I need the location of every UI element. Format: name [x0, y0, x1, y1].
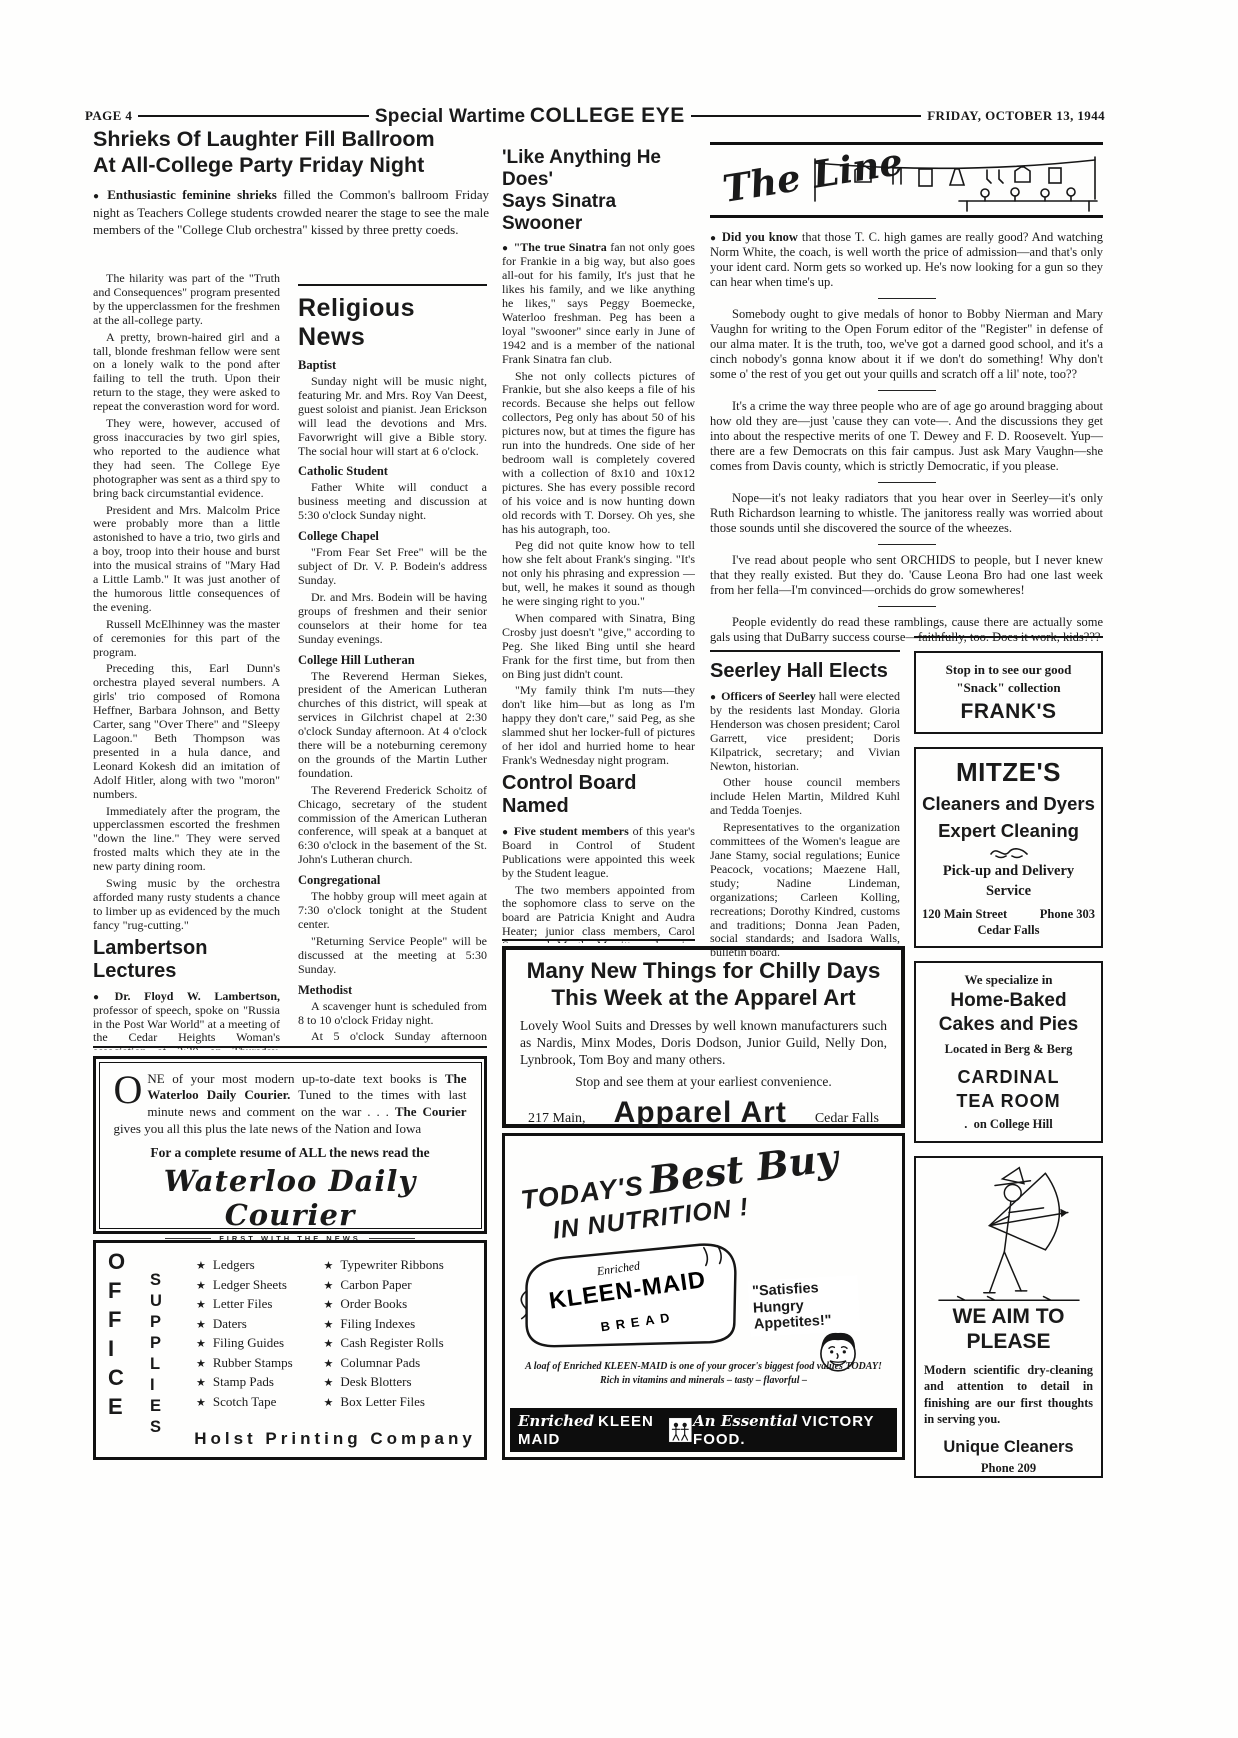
bullet-icon: ● [502, 827, 509, 838]
list-item: ★Ledger Sheets [196, 1277, 320, 1293]
ad-franks: Stop in to see our good "Snack" collecti… [914, 651, 1103, 734]
paragraph: "Returning Service People" will be discu… [298, 935, 487, 977]
list-item: ★Order Books [324, 1296, 478, 1312]
ad-text: Stop and see them at your earliest conve… [520, 1074, 887, 1090]
list-item: ★Daters [196, 1316, 320, 1332]
item-divider [878, 482, 936, 483]
bullet-icon: ● [710, 692, 716, 703]
advertiser-name: Waterloo Daily Courier [114, 1164, 467, 1232]
star-icon: ★ [324, 1279, 334, 1292]
newspaper-page: PAGE 4 Special Wartime COLLEGE EYE FRIDA… [0, 0, 1238, 1738]
paragraph: "From Fear Set Free" will be the subject… [298, 546, 487, 588]
line-item: ●Did you know that those T. C. high game… [710, 230, 1103, 290]
star-icon: ★ [196, 1376, 206, 1389]
control-board-lead: ●Five student members of this year's Boa… [502, 825, 695, 881]
ad-text: ONE of your most modern up-to-date text … [114, 1071, 467, 1139]
article-ballroom-body: The hilarity was part of the "Truth and … [93, 272, 280, 1050]
paragraph: The hilarity was part of the "Truth and … [93, 272, 280, 328]
flourish-icon [988, 846, 1030, 860]
line-item: I've read about people who sent ORCHIDS … [710, 553, 1103, 598]
advertiser-name: CARDINAL TEA ROOM [922, 1065, 1095, 1114]
seerley-headline: Seerley Hall Elects [710, 660, 900, 683]
ad-text: . on College Hill [922, 1116, 1095, 1132]
paragraph: A scavenger hunt is scheduled from 8 to … [298, 1000, 487, 1028]
article-ballroom-lead: Shrieks Of Laughter Fill Ballroom At All… [93, 126, 489, 238]
star-icon: ★ [196, 1318, 206, 1331]
ad-text: Cakes and Pies [922, 1013, 1095, 1037]
paragraph: Father White will conduct a business mee… [298, 481, 487, 523]
ad-holst-printing: O F F I C E S U P P L I E S ★Ledgers ★Ty… [93, 1240, 487, 1460]
paragraph: They were, however, accused of gross ina… [93, 417, 280, 500]
ad-headline: WE AIM TO PLEASE [921, 1304, 1096, 1354]
ballroom-lead-paragraph: ●Enthusiastic feminine shrieks filled th… [93, 186, 489, 238]
vertical-lettering: O F F I C E S U P P L I E S [104, 1249, 186, 1463]
paragraph: When compared with Sinatra, Bing Crosby … [502, 612, 695, 682]
list-item: ★Typewriter Ribbons [324, 1257, 478, 1273]
bullet-icon: ● [710, 233, 717, 244]
item-divider [878, 544, 936, 545]
initial-capital: O [114, 1074, 143, 1106]
paragraph: Sunday night will be music night, featur… [298, 375, 487, 458]
supply-list: ★Ledgers ★Typewriter Ribbons ★Ledger She… [196, 1257, 478, 1410]
list-item: ★Filing Guides [196, 1335, 320, 1351]
ad-address-row: 120 Main Street Phone 303 [922, 907, 1095, 922]
ad-text: Pick-up and Delivery [922, 862, 1095, 882]
ad-headline: Many New Things for Chilly Days This Wee… [520, 958, 887, 1011]
list-item: ★Stamp Pads [196, 1374, 320, 1390]
paragraph: The Reverend Frederick Schoitz of Chicag… [298, 784, 487, 867]
ad-rail: Stop in to see our good "Snack" collecti… [914, 636, 1103, 1478]
section-heading: College Hill Lutheran [298, 653, 487, 668]
ad-inner-border: ONE of your most modern up-to-date text … [99, 1062, 482, 1229]
phone: Phone 303 [1040, 907, 1095, 922]
paragraph: Dr. and Mrs. Bodein will be having group… [298, 591, 487, 647]
lambertson-lead: ●Dr. Floyd W. Lambertson, professor of s… [93, 990, 280, 1050]
star-icon: ★ [324, 1396, 334, 1409]
paragraph: The hobby group will meet again at 7:30 … [298, 890, 487, 932]
ad-footer-bar: Enriched KLEEN MAID An Essential VICTORY… [510, 1408, 897, 1452]
list-item: ★Columnar Pads [324, 1355, 478, 1371]
phone: Phone 209 [921, 1461, 1096, 1476]
header-rule-right [691, 115, 922, 117]
advertiser-name: MITZE'S [922, 757, 1095, 788]
item-divider [878, 298, 936, 299]
list-item: ★Desk Blotters [324, 1374, 478, 1390]
ad-home-baked: We specialize in Home-Baked Cakes and Pi… [914, 961, 1103, 1142]
footer-left: Enriched KLEEN MAID [518, 1412, 668, 1449]
religious-news-column: Religious News Baptist Sunday night will… [298, 284, 487, 1048]
section-heading: College Chapel [298, 529, 487, 544]
sinatra-lead: ●"The true Sinatra fan not only goes for… [502, 241, 695, 366]
page-header: PAGE 4 Special Wartime COLLEGE EYE FRIDA… [85, 104, 1105, 128]
paragraph: She not only collects pictures of Franki… [502, 370, 695, 537]
article-sinatra-column: 'Like Anything He Does' Says Sinatra Swo… [502, 143, 695, 943]
masthead: Special Wartime COLLEGE EYE [375, 104, 685, 128]
section-heading: Catholic Student [298, 464, 487, 479]
paragraph: Representatives to the organization comm… [710, 821, 900, 960]
paragraph: The Reverend Herman Siekes, president of… [298, 670, 487, 781]
ad-kleen-maid: TODAY'SBest Buy IN NUTRITION ! Enriched … [502, 1133, 905, 1460]
item-divider [878, 390, 936, 391]
ad-text: We specialize in [922, 971, 1095, 989]
star-icon: ★ [324, 1357, 334, 1370]
paragraph: A pretty, brown-haired girl and a tall, … [93, 331, 280, 414]
ad-signature-row: 217 Main, Apparel Art Cedar Falls [520, 1096, 887, 1130]
star-icon: ★ [196, 1259, 206, 1272]
list-item: ★Carbon Paper [324, 1277, 478, 1293]
list-item: ★Ledgers [196, 1257, 320, 1273]
address: 120 Main Street [922, 907, 1007, 922]
paragraph: The two members appointed from the sopho… [502, 884, 695, 943]
masthead-prefix: Special Wartime [375, 106, 526, 127]
address: 217 Main, [528, 1111, 586, 1127]
line-item: Somebody ought to give medals of honor t… [710, 307, 1103, 382]
city: Cedar Falls [815, 1111, 879, 1127]
ad-text: Lovely Wool Suits and Dresses by well kn… [520, 1018, 887, 1069]
ad-unique-cleaners: WE AIM TO PLEASE Modern scientific dry-c… [914, 1156, 1103, 1478]
ad-text: Stop in to see our good [922, 661, 1095, 679]
paragraph: Other house council members include Hele… [710, 776, 900, 818]
tagline-rule [165, 1238, 211, 1239]
lambertson-headline: Lambertson Lectures [93, 937, 280, 983]
bullet-icon: ● [93, 992, 110, 1003]
section-heading: Congregational [298, 873, 487, 888]
ad-text: Cleaners and Dyers [922, 793, 1095, 815]
section-heading: Baptist [298, 358, 487, 373]
paragraph: "My family think I'm nuts—they don't lik… [502, 684, 695, 767]
ad-text: Modern scientific dry-cleaning and atten… [921, 1362, 1096, 1428]
page-number-label: PAGE 4 [85, 108, 132, 124]
ad-text: Home-Baked [922, 989, 1095, 1013]
list-item: ★Filing Indexes [324, 1316, 478, 1332]
star-icon: ★ [196, 1337, 206, 1350]
line-item: It's a crime the way three people who ar… [710, 399, 1103, 474]
column-rule [93, 1046, 487, 1048]
star-icon: ★ [324, 1259, 334, 1272]
paragraph: Russell McElhinney was the master of cer… [93, 618, 280, 660]
the-line-column: The Line ●Did you know that those T. C. … [710, 142, 1103, 650]
list-item: ★Scotch Tape [196, 1394, 320, 1410]
ad-text: For a complete resume of ALL the news re… [114, 1145, 467, 1161]
advertiser-name: Unique Cleaners [921, 1438, 1096, 1457]
ad-mitzes: MITZE'S Cleaners and Dyers Expert Cleani… [914, 747, 1103, 948]
header-rule-left [138, 115, 369, 117]
ad-text: Located in Berg & Berg [922, 1041, 1095, 1057]
line-item: Nope—it's not leaky radiators that you h… [710, 491, 1103, 536]
list-item: ★Rubber Stamps [196, 1355, 320, 1371]
seerley-lead: ●Officers of Seerley hall were elected b… [710, 690, 900, 773]
ad-text: Service [922, 882, 1095, 902]
ad-text: Expert Cleaning [922, 820, 1095, 842]
star-icon: ★ [324, 1376, 334, 1389]
victory-food-emblem [668, 1412, 693, 1448]
paragraph: Peg did not quite know how to tell how s… [502, 539, 695, 609]
item-divider [878, 606, 936, 607]
star-icon: ★ [196, 1279, 206, 1292]
advertiser-name: FRANK'S [922, 700, 1095, 724]
the-line-title-box: The Line [710, 142, 1103, 218]
section-heading: Methodist [298, 983, 487, 998]
star-icon: ★ [196, 1357, 206, 1370]
tagline-rule [369, 1238, 415, 1239]
paragraph: Preceding this, Earl Dunn's orchestra pl… [93, 662, 280, 801]
paragraph: Immediately after the program, the upper… [93, 805, 280, 875]
clothesline-illustration [809, 149, 1101, 215]
ballroom-headline: Shrieks Of Laughter Fill Ballroom At All… [93, 126, 489, 178]
masthead-title: COLLEGE EYE [530, 104, 685, 127]
city: Cedar Falls [922, 922, 1095, 938]
footer-right: An Essential VICTORY FOOD. [693, 1412, 889, 1449]
bread-loaf-illustration: Enriched KLEEN-MAID BREAD [509, 1230, 749, 1358]
religious-news-headline: Religious News [298, 294, 487, 352]
ad-waterloo-courier: ONE of your most modern up-to-date text … [93, 1056, 487, 1234]
list-item: ★Box Letter Files [324, 1394, 478, 1410]
star-icon: ★ [196, 1396, 206, 1409]
ad-apparel-art: Many New Things for Chilly Days This Wee… [502, 946, 905, 1128]
star-icon: ★ [324, 1337, 334, 1350]
ad-caption: A loaf of Enriched KLEEN-MAID is one of … [515, 1360, 892, 1387]
star-icon: ★ [196, 1298, 206, 1311]
star-icon: ★ [324, 1318, 334, 1331]
sinatra-headline: 'Like Anything He Does' Says Sinatra Swo… [502, 147, 695, 234]
archer-illustration [928, 1164, 1090, 1304]
paragraph: President and Mrs. Malcolm Price were pr… [93, 504, 280, 615]
paragraph: Swing music by the orchestra afforded ma… [93, 877, 280, 933]
list-item: ★Letter Files [196, 1296, 320, 1312]
list-item: ★Cash Register Rolls [324, 1335, 478, 1351]
bullet-icon: ● [93, 191, 102, 202]
advertiser-name: Holst Printing Company [186, 1429, 484, 1449]
column-rule [502, 939, 695, 941]
issue-date: FRIDAY, OCTOBER 13, 1944 [927, 108, 1105, 124]
control-board-headline: Control Board Named [502, 772, 695, 818]
star-icon: ★ [324, 1298, 334, 1311]
advertiser-name: Apparel Art [614, 1096, 787, 1130]
ad-text: "Snack" collection [922, 679, 1095, 697]
bullet-icon: ● [502, 243, 509, 254]
